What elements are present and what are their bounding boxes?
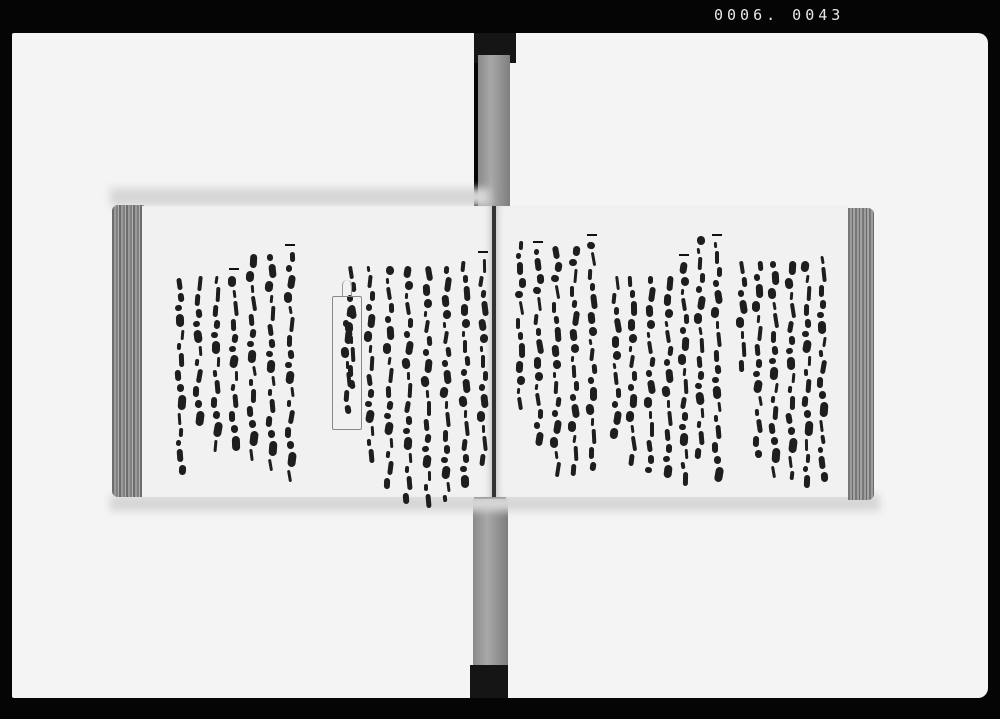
handwritten-text-column <box>210 276 222 455</box>
handwritten-text-column <box>644 276 656 476</box>
handwritten-text-column <box>477 251 489 469</box>
handwritten-text-column <box>421 266 433 511</box>
handwritten-text-column <box>626 276 638 469</box>
handwritten-text-column <box>801 261 813 491</box>
handwritten-text-column <box>610 276 622 442</box>
handwritten-text-column <box>459 261 471 491</box>
left-page <box>142 206 492 497</box>
page-edges-right <box>848 208 874 500</box>
handwritten-text-column <box>678 254 690 489</box>
handwritten-text-column <box>265 254 277 474</box>
handwritten-text-column <box>284 244 296 485</box>
binding-strap-bottom <box>473 499 508 669</box>
handwritten-text-column <box>192 276 204 429</box>
handwritten-text-column <box>568 246 580 479</box>
page-edges-left <box>112 205 144 497</box>
handwritten-text-column <box>402 266 414 507</box>
right-page <box>496 206 848 497</box>
handwritten-text-column <box>736 261 748 375</box>
handwritten-text-column <box>752 261 764 461</box>
handwritten-text-column <box>768 261 780 481</box>
clamp-bottom <box>470 665 508 698</box>
handwritten-text-column <box>586 234 598 474</box>
open-book <box>112 203 874 499</box>
attached-slip <box>332 296 362 430</box>
binding-strap-top <box>478 55 510 210</box>
handwritten-text-column <box>711 234 723 485</box>
handwritten-text-column <box>440 266 452 505</box>
handwritten-text-column <box>550 246 562 480</box>
handwritten-text-column <box>174 278 186 478</box>
handwritten-text-column <box>532 241 544 449</box>
slip-string <box>342 280 352 296</box>
handwritten-text-column <box>383 266 395 492</box>
handwritten-text-column <box>364 266 376 466</box>
handwritten-text-column <box>785 261 797 483</box>
handwritten-text-column <box>514 241 526 413</box>
handwritten-text-column <box>816 256 828 485</box>
frame-number: 0006. 0043 <box>714 6 844 24</box>
handwritten-text-column <box>246 254 258 464</box>
handwritten-text-column <box>341 307 353 417</box>
handwritten-text-column <box>662 276 674 481</box>
handwritten-text-column <box>228 268 240 454</box>
handwritten-text-column <box>694 236 706 462</box>
